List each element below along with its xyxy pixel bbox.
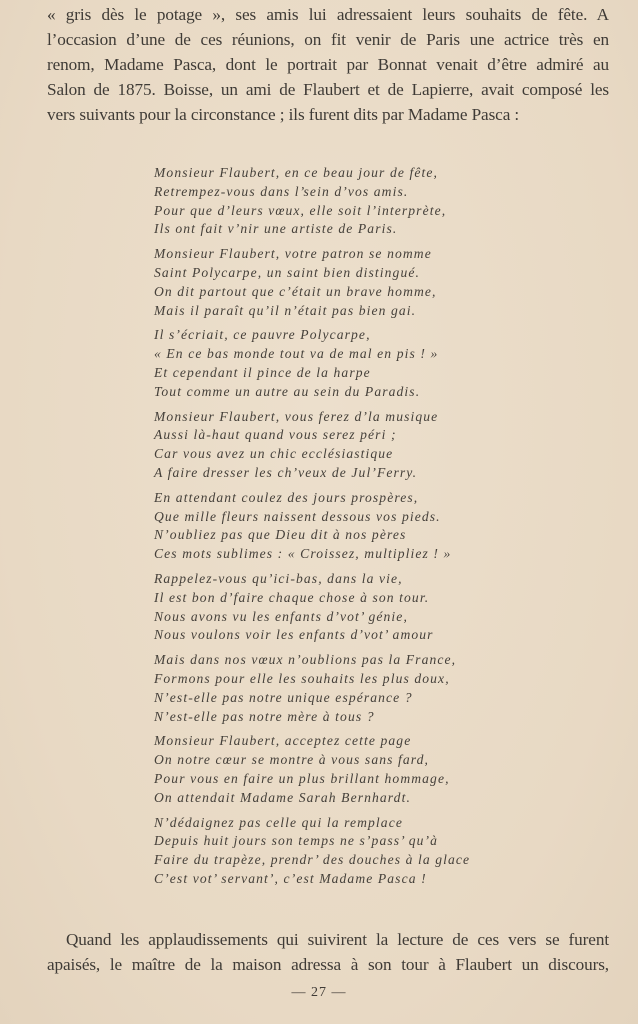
stanza: Mais dans nos vœux n’oublions pas la Fra… bbox=[154, 651, 534, 726]
closing-paragraph: Quand les applaudissements qui suivirent… bbox=[47, 927, 609, 977]
prose-line: Quand les applaudissements qui suivirent… bbox=[47, 927, 609, 952]
stanza: N’dédaignez pas celle qui la remplace De… bbox=[154, 814, 534, 889]
intro-paragraph: « gris dès le potage », ses amis lui adr… bbox=[47, 2, 609, 127]
verse-line: En attendant coulez des jours prospères, bbox=[154, 489, 534, 508]
prose-line: l’occasion d’une de ces réunions, on fit… bbox=[47, 27, 609, 52]
verse-line: C’est vot’ servant’, c’est Madame Pasca … bbox=[154, 870, 534, 889]
verse-line: Car vous avez un chic ecclésiastique bbox=[154, 445, 534, 464]
verse-line: Rappelez-vous qu’ici-bas, dans la vie, bbox=[154, 570, 534, 589]
verse-line: Pour vous en faire un plus brillant homm… bbox=[154, 770, 534, 789]
verse-line: On notre cœur se montre à vous sans fard… bbox=[154, 751, 534, 770]
stanza: Monsieur Flaubert, en ce beau jour de fê… bbox=[154, 164, 534, 239]
stanza: Il s’écriait, ce pauvre Polycarpe, « En … bbox=[154, 326, 534, 401]
verse-line: Pour que d’leurs vœux, elle soit l’inter… bbox=[154, 202, 534, 221]
verse-line: Aussi là-haut quand vous serez péri ; bbox=[154, 426, 534, 445]
prose-line: Salon de 1875. Boisse, un ami de Flauber… bbox=[47, 77, 609, 102]
verse-line: Ces mots sublimes : « Croissez, multipli… bbox=[154, 545, 534, 564]
prose-line: « gris dès le potage », ses amis lui adr… bbox=[47, 2, 609, 27]
verse-line: Tout comme un autre au sein du Paradis. bbox=[154, 383, 534, 402]
stanza: Rappelez-vous qu’ici-bas, dans la vie, I… bbox=[154, 570, 534, 645]
verse-line: Faire du trapèze, prendr’ des douches à … bbox=[154, 851, 534, 870]
verse-line: N’dédaignez pas celle qui la remplace bbox=[154, 814, 534, 833]
verse-line: Monsieur Flaubert, vous ferez d’la musiq… bbox=[154, 408, 534, 427]
verse-line: N’oubliez pas que Dieu dit à nos pères bbox=[154, 526, 534, 545]
verse-line: Formons pour elle les souhaits les plus … bbox=[154, 670, 534, 689]
stanza: Monsieur Flaubert, votre patron se nomme… bbox=[154, 245, 534, 320]
prose-line: vers suivants pour la circonstance ; ils… bbox=[47, 102, 609, 127]
verse-line: Il s’écriait, ce pauvre Polycarpe, bbox=[154, 326, 534, 345]
verse-line: Que mille fleurs naissent dessous vos pi… bbox=[154, 508, 534, 527]
verse-line: Saint Polycarpe, un saint bien distingué… bbox=[154, 264, 534, 283]
verse-line: Et cependant il pince de la harpe bbox=[154, 364, 534, 383]
verse-line: N’est-elle pas notre mère à tous ? bbox=[154, 708, 534, 727]
verse-line: Monsieur Flaubert, en ce beau jour de fê… bbox=[154, 164, 534, 183]
verse-line: Ils ont fait v’nir une artiste de Paris. bbox=[154, 220, 534, 239]
stanza: Monsieur Flaubert, vous ferez d’la musiq… bbox=[154, 408, 534, 483]
verse-line: Mais il paraît qu’il n’était pas bien ga… bbox=[154, 302, 534, 321]
stanza: En attendant coulez des jours prospères,… bbox=[154, 489, 534, 564]
poem: Monsieur Flaubert, en ce beau jour de fê… bbox=[154, 164, 534, 895]
verse-line: Il est bon d’faire chaque chose à son to… bbox=[154, 589, 534, 608]
stanza: Monsieur Flaubert, acceptez cette page O… bbox=[154, 732, 534, 807]
verse-line: N’est-elle pas notre unique espérance ? bbox=[154, 689, 534, 708]
verse-line: Mais dans nos vœux n’oublions pas la Fra… bbox=[154, 651, 534, 670]
verse-line: Retrempez-vous dans l’sein d’vos amis. bbox=[154, 183, 534, 202]
book-page: « gris dès le potage », ses amis lui adr… bbox=[0, 0, 638, 1024]
verse-line: Nous avons vu les enfants d’vot’ génie, bbox=[154, 608, 534, 627]
verse-line: A faire dresser les ch’veux de Jul’Ferry… bbox=[154, 464, 534, 483]
prose-line: renom, Madame Pasca, dont le portrait pa… bbox=[47, 52, 609, 77]
page-number: — 27 — bbox=[0, 985, 638, 1001]
verse-line: Monsieur Flaubert, acceptez cette page bbox=[154, 732, 534, 751]
verse-line: Depuis huit jours son temps ne s’pass’ q… bbox=[154, 832, 534, 851]
verse-line: « En ce bas monde tout va de mal en pis … bbox=[154, 345, 534, 364]
verse-line: Nous voulons voir les enfants d’vot’ amo… bbox=[154, 626, 534, 645]
verse-line: Monsieur Flaubert, votre patron se nomme bbox=[154, 245, 534, 264]
verse-line: On attendait Madame Sarah Bernhardt. bbox=[154, 789, 534, 808]
verse-line: On dit partout que c’était un brave homm… bbox=[154, 283, 534, 302]
prose-line: apaisés, le maître de la maison adressa … bbox=[47, 952, 609, 977]
